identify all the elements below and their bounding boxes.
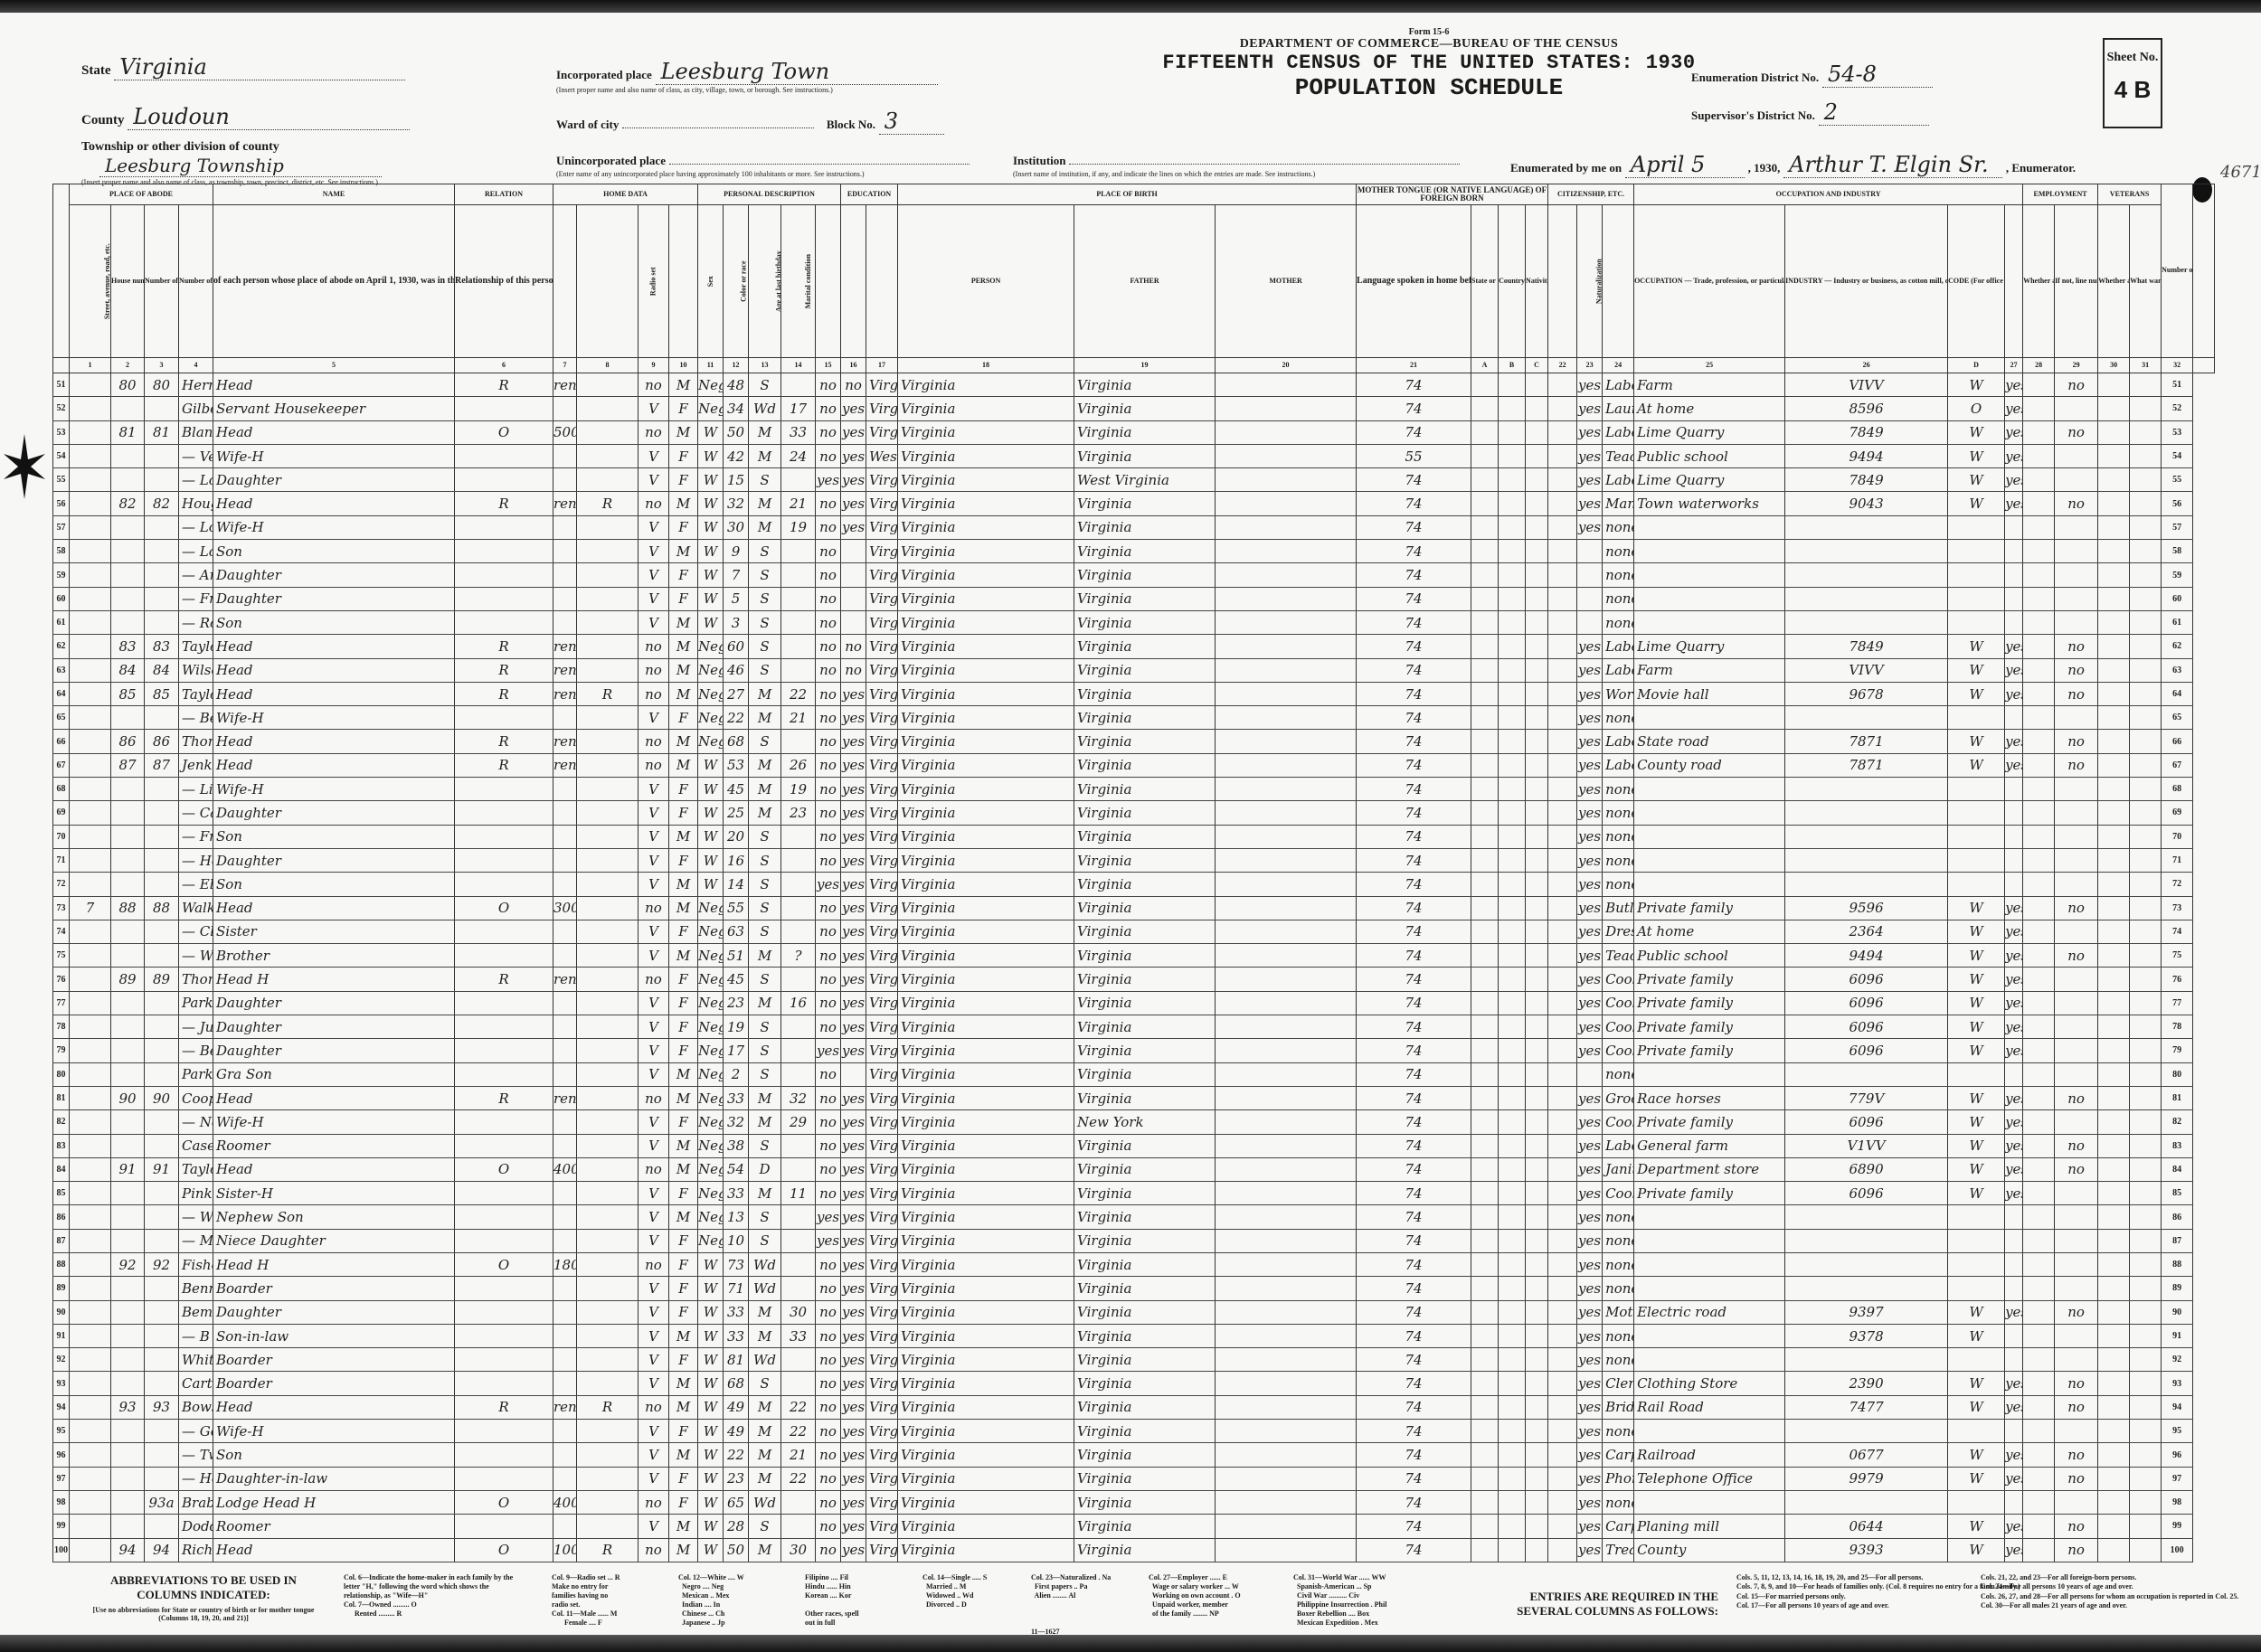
table-row: 75— Winston ABrotherVMNeg51M?noyesVirgin… — [53, 944, 2215, 968]
cell-bm: Virginia — [1074, 658, 1216, 682]
table-row: 86— William HNephew SonVMNeg13SyesyesVir… — [53, 1205, 2215, 1229]
cell-empty — [2098, 1205, 2130, 1229]
cell-farm: V — [639, 1515, 669, 1538]
cell-amar — [781, 1134, 816, 1157]
cell-fam — [145, 848, 179, 872]
cell-radio — [577, 420, 639, 444]
cell-empty — [1499, 1420, 1526, 1443]
cell-name: — Winston A — [179, 944, 213, 968]
cell-cls: W — [1948, 658, 2005, 682]
cell-empty — [2098, 801, 2130, 825]
cell-rw: yes — [841, 1205, 866, 1229]
cell-bf: Virginia — [898, 420, 1074, 444]
cell-mar: M — [749, 1086, 781, 1109]
cell-work: yes — [2005, 1015, 2023, 1039]
cell-code: 74 — [1357, 1134, 1471, 1157]
cell-cls: W — [1948, 753, 2005, 777]
cell-work: yes — [2005, 1039, 2023, 1062]
cell-empty — [1548, 825, 1577, 848]
cell-empty — [1499, 801, 1526, 825]
cell-age: 10 — [724, 1229, 749, 1252]
cell-own — [455, 778, 553, 801]
cell-sex: M — [669, 658, 698, 682]
cell-code: 74 — [1357, 468, 1471, 492]
cell-bm: Virginia — [1074, 801, 1216, 825]
cell-name: Richards Arthur B — [179, 1538, 213, 1562]
line-number-right: 99 — [2162, 1515, 2193, 1538]
cell-rw: yes — [841, 1229, 866, 1252]
cell-sex: M — [669, 610, 698, 634]
cell-dwell — [111, 1467, 145, 1490]
cell-mar: S — [749, 825, 781, 848]
cell-bm: Virginia — [1074, 373, 1216, 397]
cell-sch: no — [816, 1062, 841, 1086]
cell-age: 17 — [724, 1039, 749, 1062]
cell-bm: Virginia — [1074, 587, 1216, 610]
cell-code: 74 — [1357, 801, 1471, 825]
cell-radio — [577, 1277, 639, 1300]
cell-house — [70, 991, 111, 1015]
cell-eng: yes — [1577, 730, 1603, 753]
cell-house — [70, 444, 111, 467]
cell-mar: S — [749, 848, 781, 872]
cell-ocode: 7871 — [1785, 730, 1948, 753]
cell-radio: R — [577, 682, 639, 705]
cell-rel: Head — [213, 1157, 455, 1181]
line-number: 77 — [53, 991, 70, 1015]
cell-farm: V — [639, 944, 669, 968]
table-row: 568282Hough Raymond LHeadRrentRnoMW32M21… — [53, 492, 2215, 515]
cell-radio — [577, 1157, 639, 1181]
cell-race: W — [698, 444, 724, 467]
col-read-write: Whether able to read and write — [866, 205, 898, 358]
cell-empty — [2023, 492, 2055, 515]
archive-stamp: 4671 — [2220, 163, 2261, 182]
cell-cls: O — [1948, 397, 2005, 420]
cell-race: W — [698, 1467, 724, 1490]
cell-sex: F — [669, 1300, 698, 1324]
cell-occ: none — [1603, 706, 1634, 730]
cell-age: 68 — [724, 1372, 749, 1395]
column-number: 2 — [111, 358, 145, 373]
cell-radio — [577, 444, 639, 467]
column-number: 23 — [1577, 358, 1603, 373]
cell-house — [70, 1062, 111, 1086]
cell-ocode: 6096 — [1785, 1015, 1948, 1039]
cell-sch: no — [816, 944, 841, 968]
cell-age: 54 — [724, 1157, 749, 1181]
cell-empty — [1526, 587, 1548, 610]
cell-occ: Laborer — [1603, 635, 1634, 658]
cell-bf: Virginia — [898, 1467, 1074, 1490]
cell-amar: 22 — [781, 682, 816, 705]
cell-rw: yes — [841, 944, 866, 968]
cell-occ: none — [1603, 801, 1634, 825]
cell-code: 74 — [1357, 515, 1471, 539]
cell-empty — [2130, 1443, 2162, 1467]
column-number: 8 — [577, 358, 639, 373]
cell-bf: Virginia — [898, 373, 1074, 397]
cell-sch: no — [816, 706, 841, 730]
cell-sch: no — [816, 1086, 841, 1109]
cell-house — [70, 1015, 111, 1039]
cell-vet: no — [2055, 682, 2098, 705]
cell-radio — [577, 1182, 639, 1205]
cell-empty — [1216, 1110, 1357, 1134]
cell-bf: Virginia — [898, 1015, 1074, 1039]
cell-empty — [1548, 610, 1577, 634]
column-number: 25 — [1634, 358, 1785, 373]
line-number-right: 100 — [2162, 1538, 2193, 1562]
cell-sex: M — [669, 1134, 698, 1157]
cell-farm: V — [639, 1443, 669, 1467]
cell-empty — [2130, 444, 2162, 467]
cell-name: Thomas Lemuel — [179, 730, 213, 753]
cell-ind: At home — [1634, 397, 1785, 420]
cell-sch: no — [816, 492, 841, 515]
cell-fam — [145, 1015, 179, 1039]
cell-ocode: 6096 — [1785, 1182, 1948, 1205]
column-number: 27 — [2005, 358, 2023, 373]
line-number-right: 93 — [2162, 1372, 2193, 1395]
cell-name: — William H — [179, 1205, 213, 1229]
cell-eng: yes — [1577, 1134, 1603, 1157]
supervisor-value: 2 — [1819, 99, 1929, 126]
col-farm: Does this family live on a farm? — [669, 205, 698, 358]
col-immigration-year: Year of immigration to the United States — [1548, 205, 1577, 358]
cell-cls — [1948, 778, 2005, 801]
cell-name: — Nellie — [179, 1110, 213, 1134]
group-place-of-birth: PLACE OF BIRTH — [898, 184, 1357, 205]
cell-amar — [781, 635, 816, 658]
line-number: 71 — [53, 848, 70, 872]
cell-empty — [1499, 1324, 1526, 1347]
cell-age: 14 — [724, 873, 749, 896]
cell-eng — [1577, 610, 1603, 634]
group-personal-description: PERSONAL DESCRIPTION — [698, 184, 841, 205]
cell-own — [455, 1372, 553, 1395]
cell-empty — [1499, 1300, 1526, 1324]
cell-farm: no — [639, 492, 669, 515]
cell-work: yes — [2005, 1110, 2023, 1134]
cell-sch: no — [816, 778, 841, 801]
cell-rw: yes — [841, 682, 866, 705]
cell-sex: M — [669, 1395, 698, 1419]
cell-race: Neg — [698, 944, 724, 968]
cell-sch: no — [816, 1515, 841, 1538]
cell-code: 74 — [1357, 1300, 1471, 1324]
cell-code: 74 — [1357, 540, 1471, 563]
cell-race: Neg — [698, 1229, 724, 1252]
cell-empty — [1471, 873, 1499, 896]
cell-house — [70, 635, 111, 658]
cell-empty — [2023, 1324, 2055, 1347]
cell-ind — [1634, 1324, 1785, 1347]
cell-empty — [1471, 968, 1499, 991]
cell-empty — [1548, 1538, 1577, 1562]
col-owned-rented: Home owned or rented — [553, 205, 577, 358]
cell-empty — [1216, 753, 1357, 777]
cell-fam: 82 — [145, 492, 179, 515]
cell-empty — [2023, 1467, 2055, 1490]
line-number-right: 80 — [2162, 1062, 2193, 1086]
cell-work: yes — [2005, 682, 2023, 705]
cell-empty — [1499, 1062, 1526, 1086]
cell-ind: Railroad — [1634, 1443, 1785, 1467]
cell-val — [553, 991, 577, 1015]
cell-ind: Planing mill — [1634, 1515, 1785, 1538]
cell-mar: S — [749, 1229, 781, 1252]
cell-mar: M — [749, 515, 781, 539]
cell-empty — [2023, 730, 2055, 753]
cell-house: 7 — [70, 896, 111, 920]
cell-ocode: 779V — [1785, 1086, 1948, 1109]
cell-occ: none — [1603, 1205, 1634, 1229]
cell-name: — Louise E — [179, 468, 213, 492]
cell-vet — [2055, 397, 2098, 420]
cell-occ: none — [1603, 848, 1634, 872]
cell-empty — [1216, 1420, 1357, 1443]
cell-mar: S — [749, 540, 781, 563]
cell-fam: 83 — [145, 635, 179, 658]
cell-bm: Virginia — [1074, 706, 1216, 730]
cell-empty — [1548, 1515, 1577, 1538]
column-number: 22 — [1548, 358, 1577, 373]
column-number: 26 — [1785, 358, 1948, 373]
cell-cls — [1948, 587, 2005, 610]
cell-sch: no — [816, 991, 841, 1015]
cell-occ: none — [1603, 1277, 1634, 1300]
cell-val — [553, 444, 577, 467]
cell-bf: Virginia — [898, 1324, 1074, 1347]
cell-empty — [2130, 944, 2162, 968]
cell-occ: Laborer — [1603, 658, 1634, 682]
cell-dwell: 80 — [111, 373, 145, 397]
cell-bf: Virginia — [898, 1300, 1074, 1324]
cell-empty — [2023, 563, 2055, 587]
cell-bm: Virginia — [1074, 1467, 1216, 1490]
cell-val — [553, 1348, 577, 1372]
cell-age: 68 — [724, 730, 749, 753]
cell-occ: Janitor — [1603, 1157, 1634, 1181]
cell-radio — [577, 1324, 639, 1347]
cell-empty — [2023, 444, 2055, 467]
cell-empty — [2023, 1538, 2055, 1562]
cell-bf: Virginia — [898, 1277, 1074, 1300]
cell-sex: M — [669, 1324, 698, 1347]
cell-bm: Virginia — [1074, 753, 1216, 777]
cell-eng: yes — [1577, 1277, 1603, 1300]
cell-empty — [1216, 991, 1357, 1015]
cell-empty — [2130, 1205, 2162, 1229]
cell-ocode: 2390 — [1785, 1372, 1948, 1395]
line-number-right: 55 — [2162, 468, 2193, 492]
cell-dwell — [111, 1062, 145, 1086]
cell-radio — [577, 991, 639, 1015]
cell-empty — [1471, 563, 1499, 587]
cell-val — [553, 1277, 577, 1300]
cell-mar: M — [749, 753, 781, 777]
cell-age: 15 — [724, 468, 749, 492]
cell-dwell: 93 — [111, 1395, 145, 1419]
cell-bf: Virginia — [898, 1205, 1074, 1229]
cell-empty — [1548, 658, 1577, 682]
cell-empty — [1548, 730, 1577, 753]
cell-age: 32 — [724, 1110, 749, 1134]
cell-val — [553, 873, 577, 896]
cell-fam — [145, 1277, 179, 1300]
cell-bm: Virginia — [1074, 1538, 1216, 1562]
cell-empty — [1471, 1538, 1499, 1562]
cell-name: Bement Anna C — [179, 1300, 213, 1324]
cell-name: Brabham Lucil — [179, 1490, 213, 1514]
col-age-first-marriage: Age at first marriage — [816, 205, 841, 358]
cell-rel: Wife-H — [213, 706, 455, 730]
cell-dwell — [111, 848, 145, 872]
cell-age: 28 — [724, 1515, 749, 1538]
cell-amar — [781, 468, 816, 492]
cell-sex: F — [669, 778, 698, 801]
cell-farm: no — [639, 635, 669, 658]
cell-cls: W — [1948, 420, 2005, 444]
cell-age: 34 — [724, 397, 749, 420]
cell-empty — [1499, 1157, 1526, 1181]
cell-house — [70, 1134, 111, 1157]
cell-bm: Virginia — [1074, 540, 1216, 563]
column-number: 15 — [816, 358, 841, 373]
cell-bf: Virginia — [898, 1182, 1074, 1205]
cell-vet: no — [2055, 1443, 2098, 1467]
line-number: 87 — [53, 1229, 70, 1252]
cell-age: 42 — [724, 444, 749, 467]
cell-empty — [1471, 515, 1499, 539]
cell-empty — [1216, 825, 1357, 848]
cell-amar — [781, 1490, 816, 1514]
cell-radio — [577, 373, 639, 397]
cell-bm: Virginia — [1074, 1443, 1216, 1467]
cell-rw: yes — [841, 1395, 866, 1419]
cell-ind — [1634, 587, 1785, 610]
line-number: 75 — [53, 944, 70, 968]
col-at-work: Whether actually at work yesterday — Yes… — [2023, 205, 2055, 358]
cell-empty — [2130, 1538, 2162, 1562]
cell-age: 65 — [724, 1490, 749, 1514]
cell-fam — [145, 1515, 179, 1538]
cell-empty — [2130, 1490, 2162, 1514]
cell-empty — [1526, 1039, 1548, 1062]
cell-bm: Virginia — [1074, 444, 1216, 467]
line-number-right: 82 — [2162, 1110, 2193, 1134]
cell-eng: yes — [1577, 468, 1603, 492]
cell-sex: F — [669, 397, 698, 420]
column-number: 3 — [145, 358, 179, 373]
cell-val — [553, 1443, 577, 1467]
cell-empty — [2023, 420, 2055, 444]
cell-cls: W — [1948, 1134, 2005, 1157]
abbrev-col27: Col. 27—Employer ...... E Wage or salary… — [1149, 1573, 1241, 1619]
cell-own — [455, 991, 553, 1015]
cell-bp: Virginia — [866, 1039, 898, 1062]
cell-occ: Laborer — [1603, 468, 1634, 492]
cell-empty — [1471, 1300, 1499, 1324]
line-number: 74 — [53, 920, 70, 943]
cell-empty — [2098, 991, 2130, 1015]
cell-bf: Virginia — [898, 848, 1074, 872]
cell-bp: Virginia — [866, 492, 898, 515]
line-number: 100 — [53, 1538, 70, 1562]
cell-empty — [2098, 1182, 2130, 1205]
cell-radio — [577, 848, 639, 872]
cell-eng: yes — [1577, 1205, 1603, 1229]
line-number: 66 — [53, 730, 70, 753]
table-row: 87— Mary BNiece DaughterVFNeg10SyesyesVi… — [53, 1229, 2215, 1252]
cell-ind — [1634, 1420, 1785, 1443]
cell-race: Neg — [698, 1134, 724, 1157]
cell-own — [455, 1110, 553, 1134]
cell-vet — [2055, 825, 2098, 848]
cell-amar: 21 — [781, 492, 816, 515]
cell-radio — [577, 1515, 639, 1538]
cell-vet — [2055, 801, 2098, 825]
cell-empty — [1499, 658, 1526, 682]
cell-amar: 19 — [781, 515, 816, 539]
cell-code: 74 — [1357, 920, 1471, 943]
cell-bm: Virginia — [1074, 944, 1216, 968]
table-row: 628383Taylor FrankHeadRrentnoMNeg60Snono… — [53, 635, 2215, 658]
table-row: 57— Louise VWife-HVFW30M19noyesVirginiaV… — [53, 515, 2215, 539]
cell-house — [70, 397, 111, 420]
table-row: 83Casey HenryRoomerVMNeg38SnoyesVirginia… — [53, 1134, 2215, 1157]
cell-val: 4000 — [553, 1490, 577, 1514]
cell-race: Neg — [698, 920, 724, 943]
cell-bm: Virginia — [1074, 1490, 1216, 1514]
col-class-worker: Class of worker — [2005, 205, 2023, 358]
cell-empty — [2023, 1157, 2055, 1181]
cell-work: yes — [2005, 944, 2023, 968]
cell-empty — [1499, 1372, 1526, 1395]
cell-ind: Lime Quarry — [1634, 468, 1785, 492]
column-number: 24 — [1603, 358, 1634, 373]
cell-work: yes — [2005, 730, 2023, 753]
cell-radio — [577, 1467, 639, 1490]
cell-dwell — [111, 1443, 145, 1467]
table-row: 849191Taylor SamHeadO4000noMNeg54DnoyesV… — [53, 1157, 2215, 1181]
cell-rw: yes — [841, 444, 866, 467]
cell-empty — [1548, 801, 1577, 825]
cell-cls — [1948, 515, 2005, 539]
cell-age: 81 — [724, 1348, 749, 1372]
cell-bm: Virginia — [1074, 515, 1216, 539]
table-row: 7378888Walker Henry THeadO3000noMNeg55Sn… — [53, 896, 2215, 920]
line-number-right: 66 — [2162, 730, 2193, 753]
cell-fam — [145, 587, 179, 610]
cell-work — [2005, 540, 2023, 563]
cell-radio — [577, 753, 639, 777]
cell-empty — [1471, 825, 1499, 848]
cell-vet — [2055, 1277, 2098, 1300]
cell-empty — [1499, 1182, 1526, 1205]
cell-empty — [2130, 468, 2162, 492]
cell-ocode — [1785, 1252, 1948, 1276]
cell-fam — [145, 825, 179, 848]
cell-race: W — [698, 1324, 724, 1347]
cell-val — [553, 944, 577, 968]
cell-race: W — [698, 1538, 724, 1562]
cell-rw: yes — [841, 730, 866, 753]
cell-dwell — [111, 540, 145, 563]
cell-name: — Bessie E — [179, 706, 213, 730]
cell-dwell — [111, 1182, 145, 1205]
